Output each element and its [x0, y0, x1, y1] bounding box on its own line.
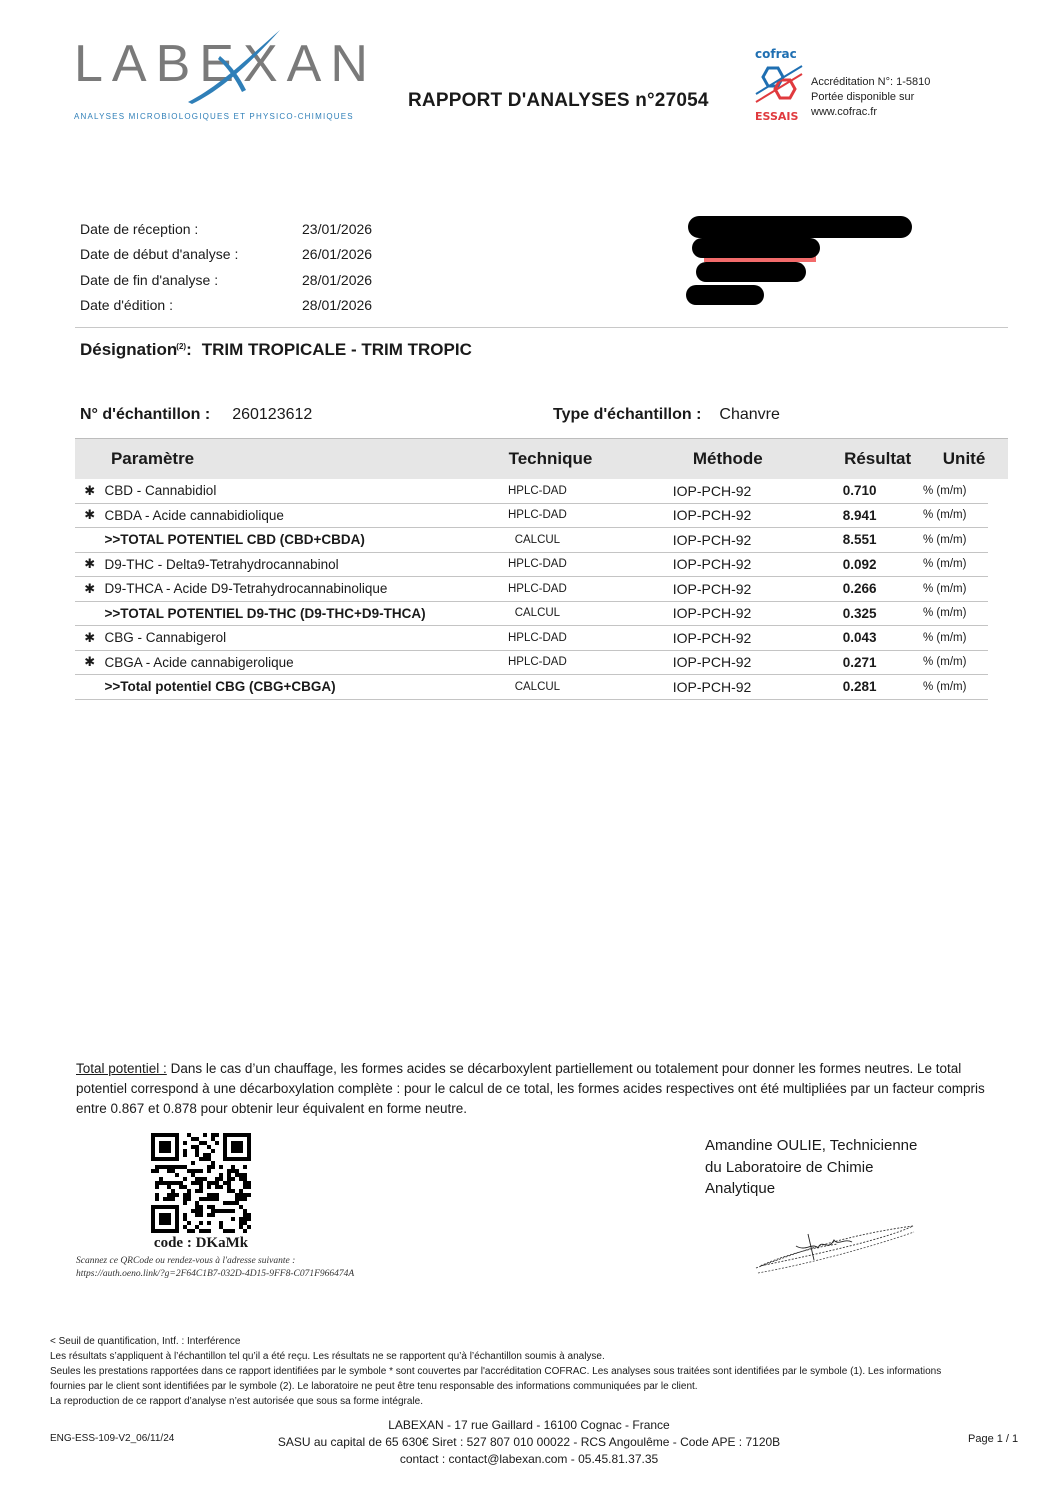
cell-parameter: >>Total potentiel CBG (CBG+CBGA) — [105, 679, 469, 694]
scope-text: Portée disponible sur — [811, 90, 930, 105]
cell-method: IOP-PCH-92 — [606, 556, 818, 572]
table-row: ✱D9-THC - Delta9-TetrahydrocannabinolHPL… — [75, 553, 988, 578]
accreditation-star-icon: ✱ — [75, 556, 105, 572]
fine-line: Les résultats s’appliquent à l’échantill… — [50, 1349, 1040, 1364]
date-value: 28/01/2026 — [302, 272, 372, 288]
cell-result: 0.281 — [818, 679, 902, 694]
designation-colon: : — [186, 340, 192, 360]
fine-line: < Seuil de quantification, Intf. : Inter… — [50, 1334, 1040, 1349]
note-text: Dans le cas d’un chauffage, les formes a… — [76, 1061, 985, 1116]
qr-hint: Scannez ce QRCode ou rendez-vous à l'adr… — [76, 1255, 354, 1281]
cell-technique: HPLC-DAD — [469, 583, 607, 595]
accreditation-star-icon: ✱ — [75, 581, 105, 597]
cell-result: 0.710 — [818, 483, 902, 498]
cell-technique: CALCUL — [469, 607, 607, 619]
table-row: ✱CBDA - Acide cannabidioliqueHPLC-DADIOP… — [75, 504, 988, 529]
cell-technique: CALCUL — [469, 681, 607, 693]
table-header: Paramètre Technique Méthode Résultat Uni… — [75, 438, 1008, 479]
legal-fine-print: < Seuil de quantification, Intf. : Inter… — [50, 1334, 1040, 1409]
svg-text:cofrac: cofrac — [755, 47, 797, 61]
table-body: ✱CBD - CannabidiolHPLC-DADIOP-PCH-920.71… — [75, 479, 1008, 700]
fine-line: La reproduction de ce rapport d’analyse … — [50, 1394, 1040, 1409]
sample-number-label: N° d'échantillon : — [80, 406, 210, 424]
signer-block: Amandine OULIE, Technicienne du Laborato… — [705, 1135, 917, 1200]
cell-unit: % (m/m) — [901, 534, 988, 546]
qr-code-label: code : DKaMk — [151, 1235, 251, 1252]
cell-parameter: CBDA - Acide cannabidiolique — [105, 508, 469, 523]
company-registration: SASU au capital de 65 630€ Siret : 527 8… — [0, 1434, 1058, 1451]
sample-type-value: Chanvre — [719, 406, 779, 424]
cell-parameter: D9-THCA - Acide D9-Tetrahydrocannabinoli… — [105, 581, 469, 596]
accreditation-star-icon: ✱ — [75, 483, 105, 499]
cell-technique: HPLC-DAD — [469, 632, 607, 644]
table-row-total: >>TOTAL POTENTIEL D9-THC (D9-THC+D9-THCA… — [75, 602, 988, 627]
cell-unit: % (m/m) — [901, 607, 988, 619]
cell-method: IOP-PCH-92 — [606, 507, 818, 523]
cell-result: 0.043 — [818, 630, 902, 645]
redacted-client-address — [686, 212, 918, 308]
cell-technique: CALCUL — [469, 534, 607, 546]
table-row: ✱D9-THCA - Acide D9-Tetrahydrocannabinol… — [75, 577, 988, 602]
separator-line — [75, 327, 1008, 328]
address-line: LABEXAN - 17 rue Gaillard - 16100 Cognac… — [0, 1417, 1058, 1434]
qr-hint-text: Scannez ce QRCode ou rendez-vous à l'adr… — [76, 1255, 354, 1268]
cell-technique: HPLC-DAD — [469, 558, 607, 570]
table-row-total: >>Total potentiel CBG (CBG+CBGA)CALCULIO… — [75, 675, 988, 700]
date-value: 28/01/2026 — [302, 297, 372, 313]
accreditation-star-icon: ✱ — [75, 630, 105, 646]
cofrac-link[interactable]: www.cofrac.fr — [811, 105, 930, 120]
designation-value: TRIM TROPICALE - TRIM TROPIC — [202, 340, 472, 360]
svg-text:ESSAIS: ESSAIS — [755, 110, 798, 123]
cell-result: 0.092 — [818, 557, 902, 572]
signature-icon — [748, 1218, 918, 1278]
signer-role: du Laboratoire de Chimie — [705, 1157, 917, 1179]
note-title: Total potentiel : — [76, 1061, 167, 1076]
date-row-reception: Date de réception : 23/01/2026 — [80, 216, 372, 242]
cell-technique: HPLC-DAD — [469, 656, 607, 668]
fine-line: Seules les prestations rapportées dans c… — [50, 1364, 1040, 1379]
cell-method: IOP-PCH-92 — [606, 483, 818, 499]
date-row-start: Date de début d'analyse : 26/01/2026 — [80, 242, 372, 268]
cell-parameter: D9-THC - Delta9-Tetrahydrocannabinol — [105, 557, 469, 572]
sample-number-value: 260123612 — [232, 406, 312, 424]
date-row-edition: Date d'édition : 28/01/2026 — [80, 293, 372, 319]
cell-unit: % (m/m) — [901, 509, 988, 521]
cell-parameter: CBGA - Acide cannabigerolique — [105, 655, 469, 670]
cell-method: IOP-PCH-92 — [606, 532, 818, 548]
cell-technique: HPLC-DAD — [469, 509, 607, 521]
cell-method: IOP-PCH-92 — [606, 630, 818, 646]
cell-parameter: >>TOTAL POTENTIEL CBD (CBD+CBDA) — [105, 532, 469, 547]
contact-line: contact : contact@labexan.com - 05.45.81… — [0, 1451, 1058, 1468]
labexan-logo-swoosh-icon — [180, 26, 290, 106]
results-table: Paramètre Technique Méthode Résultat Uni… — [75, 438, 1008, 700]
qr-verification-link[interactable]: https://auth.oeno.link/?g=2F64C1B7-032D-… — [76, 1268, 354, 1281]
accreditation-star-icon: ✱ — [75, 654, 105, 670]
date-label: Date de fin d'analyse : — [80, 272, 302, 288]
cell-method: IOP-PCH-92 — [606, 605, 818, 621]
header-param: Paramètre — [105, 449, 481, 469]
table-row-total: >>TOTAL POTENTIEL CBD (CBD+CBDA)CALCULIO… — [75, 528, 988, 553]
signer-name: Amandine OULIE, Technicienne — [705, 1135, 917, 1157]
table-row: ✱CBD - CannabidiolHPLC-DADIOP-PCH-920.71… — [75, 479, 988, 504]
signer-role-2: Analytique — [705, 1178, 917, 1200]
dates-block: Date de réception : 23/01/2026 Date de d… — [80, 216, 372, 318]
sample-type: Type d'échantillon : Chanvre — [553, 406, 780, 424]
cell-technique: HPLC-DAD — [469, 485, 607, 497]
accreditation-number: Accréditation N°: 1-5810 — [811, 75, 930, 90]
cell-method: IOP-PCH-92 — [606, 581, 818, 597]
accreditation-star-icon: ✱ — [75, 507, 105, 523]
table-row: ✱CBGA - Acide cannabigeroliqueHPLC-DADIO… — [75, 651, 988, 676]
company-address: LABEXAN - 17 rue Gaillard - 16100 Cognac… — [0, 1417, 1058, 1468]
labexan-logo-tagline: ANALYSES MICROBIOLOGIQUES ET PHYSICO-CHI… — [74, 112, 354, 121]
cofrac-accreditation: Accréditation N°: 1-5810 Portée disponib… — [811, 75, 930, 120]
header-method: Méthode — [620, 449, 835, 469]
report-title: RAPPORT D'ANALYSES n°27054 — [408, 90, 709, 112]
date-label: Date d'édition : — [80, 297, 302, 313]
cell-unit: % (m/m) — [901, 558, 988, 570]
date-label: Date de début d'analyse : — [80, 246, 302, 262]
designation: Désignation (2) : TRIM TROPICALE - TRIM … — [80, 340, 472, 360]
cell-unit: % (m/m) — [901, 632, 988, 644]
client-info-note: (2) — [176, 342, 186, 351]
header-unit: Unité — [920, 449, 1008, 469]
header-result: Résultat — [835, 449, 920, 469]
date-label: Date de réception : — [80, 221, 302, 237]
date-value: 23/01/2026 — [302, 221, 372, 237]
date-row-end: Date de fin d'analyse : 28/01/2026 — [80, 267, 372, 293]
cell-method: IOP-PCH-92 — [606, 654, 818, 670]
cofrac-logo-icon: cofrac ESSAIS — [754, 44, 804, 124]
table-row: ✱CBG - CannabigerolHPLC-DADIOP-PCH-920.0… — [75, 626, 988, 651]
cell-parameter: CBD - Cannabidiol — [105, 483, 469, 498]
cell-unit: % (m/m) — [901, 485, 988, 497]
date-value: 26/01/2026 — [302, 246, 372, 262]
header-technique: Technique — [481, 449, 621, 469]
qr-code-icon[interactable] — [151, 1133, 251, 1233]
cell-parameter: >>TOTAL POTENTIEL D9-THC (D9-THC+D9-THCA… — [105, 606, 469, 621]
cell-result: 0.266 — [818, 581, 902, 596]
cell-method: IOP-PCH-92 — [606, 679, 818, 695]
cell-result: 8.551 — [818, 532, 902, 547]
fine-line: fournies par le client sont identifiées … — [50, 1379, 1040, 1394]
cell-unit: % (m/m) — [901, 583, 988, 595]
cell-result: 8.941 — [818, 508, 902, 523]
cell-parameter: CBG - Cannabigerol — [105, 630, 469, 645]
designation-label: Désignation — [80, 340, 177, 360]
cell-result: 0.271 — [818, 655, 902, 670]
sample-type-label: Type d'échantillon : — [553, 406, 701, 424]
cell-result: 0.325 — [818, 606, 902, 621]
cell-unit: % (m/m) — [901, 681, 988, 693]
sample-number: N° d'échantillon : 260123612 — [80, 406, 312, 424]
cell-unit: % (m/m) — [901, 656, 988, 668]
total-potential-note: Total potentiel : Dans le cas d’un chauf… — [76, 1059, 1016, 1119]
page-number: Page 1 / 1 — [968, 1433, 1018, 1445]
